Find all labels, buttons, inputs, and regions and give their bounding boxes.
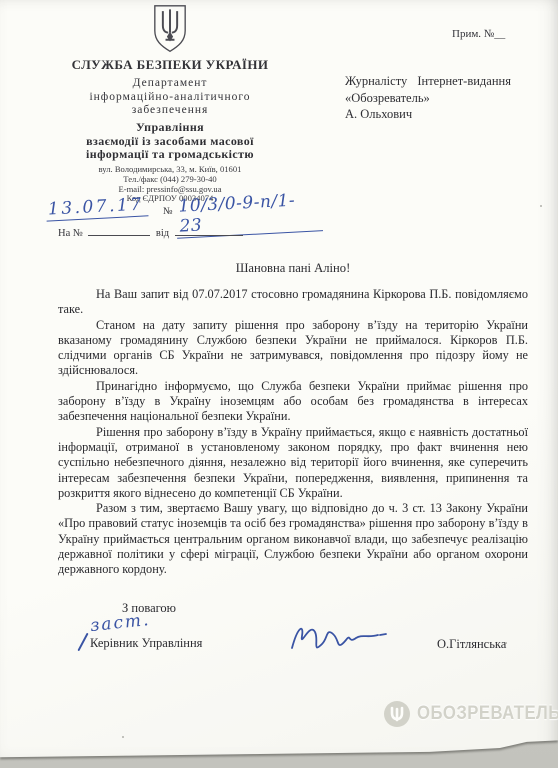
division-line: взаємодії із засобами масової [40,135,300,149]
body-paragraph: На Ваш запит від 07.07.2017 стосовно гро… [58,287,528,318]
salutation: Шановна пані Аліно! [58,261,528,276]
coat-of-arms-icon [144,4,196,54]
letter-page: СЛУЖБА БЕЗПЕКИ УКРАЇНИ Департаментінформ… [0,0,558,768]
outgoing-number-row: 13.07.17 № 10/3/0-9-п/1-23 [42,195,322,227]
obozrevatel-globe-icon [383,700,411,728]
ref-blank-line [88,226,150,236]
department-line: Департамент [40,77,300,91]
ref-vid-label: від [156,228,169,239]
signer-position: Керівник Управління [90,636,202,651]
scanned-letter: СЛУЖБА БЕЗПЕКИ УКРАЇНИ Департаментінформ… [0,0,558,768]
signature-icon [288,614,388,660]
addressee-line: «Обозреватель» [345,90,541,107]
handwritten-date: 13.07.17 [45,194,148,221]
scan-speck [505,642,507,644]
addressee-line: А. Ольхович [345,106,541,123]
scan-speck [122,736,124,738]
organization-title: СЛУЖБА БЕЗПЕКИ УКРАЇНИ [40,57,300,73]
scan-speck [540,205,542,207]
letter-body: На Ваш запит від 07.07.2017 стосовно гро… [58,287,528,578]
division-line: інформації та громадськістю [40,148,300,162]
body-paragraph: Станом на дату запиту рішення про заборо… [58,318,528,379]
pen-stroke [77,633,88,652]
signer-name: О.Гітлянська [437,637,506,652]
body-paragraph: Разом з тим, звертаємо Вашу увагу, що ві… [58,501,528,577]
addressee-block: Журналісту Інтернет-видання«Обозреватель… [345,73,541,123]
division-line: Управління [40,121,300,135]
ref-blank-line [175,226,243,236]
department-line: інформаційно-аналітичного [40,91,300,105]
handwritten-deputy-note: заст. [89,610,151,636]
copy-number-label: Прим. №__ [452,28,505,40]
reference-line: На №від [58,226,243,239]
ref-na-label: На № [58,228,83,239]
brand-name: ОБОЗРЕВАТЕЛЬ [417,703,558,725]
body-paragraph: Принагідно інформуємо, що Служба безпеки… [58,379,528,425]
department-line: забезпечення [40,104,300,118]
number-sign: № [163,206,173,217]
department-block: Департаментінформаційно-аналітичногозабе… [40,77,300,118]
obozrevatel-watermark: ОБОЗРЕВАТЕЛЬ [383,700,558,728]
addressee-line: Журналісту Інтернет-видання [345,73,541,90]
page-shadow: СЛУЖБА БЕЗПЕКИ УКРАЇНИ Департаментінформ… [0,0,558,768]
body-paragraph: Рішення про заборону в’їзду в Україну пр… [58,425,528,501]
division-block: Управліннявзаємодії із засобами масовоїі… [40,121,300,162]
